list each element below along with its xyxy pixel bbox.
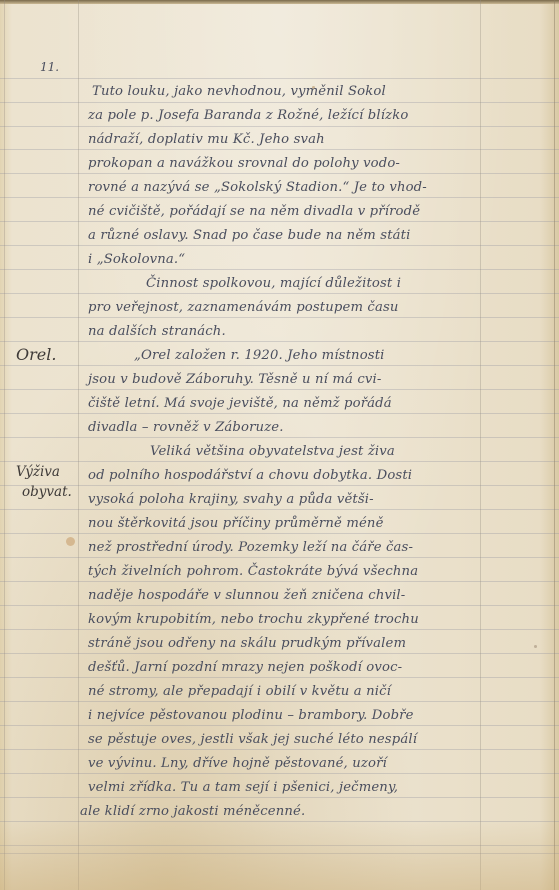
text-line: Veliká většina obyvatelstva jest živa (150, 442, 395, 462)
text-line: prokopan a navážkou srovnal do polohy vo… (88, 154, 400, 174)
text-line: ale klidí zrno jakosti méněcenné. (80, 802, 305, 822)
text-line: pro veřejnost, zaznamenávám postupem čas… (88, 298, 399, 318)
text-line: se pěstuje oves, jestli však jej suché l… (88, 730, 417, 750)
text-line: Tuto louku, jako nevhodnou, vyměnil Soko… (92, 82, 386, 102)
text-line: naděje hospodáře v slunnou žeň zničena c… (88, 586, 405, 606)
right-edge-line (554, 0, 555, 890)
text-line: divadla – rovněž v Záboruze. (88, 418, 284, 438)
text-line: za pole p. Josefa Baranda z Rožné, ležíc… (88, 106, 408, 126)
text-line: tých živelních pohrom. Častokráte bývá v… (88, 562, 418, 582)
text-line: Činnost spolkovou, mající důležitost i (146, 274, 401, 294)
text-line: vysoká poloha krajiny, svahy a půda větš… (88, 490, 374, 510)
text-line: a různé oslavy. Snad po čase bude na něm… (88, 226, 410, 246)
left-margin-line (78, 0, 79, 890)
margin-note-vyziva: Výživa (16, 461, 60, 483)
text-line: „Orel založen r. 1920. Jeho místnosti (134, 346, 385, 366)
text-line: né cvičiště, pořádají se na něm divadla … (88, 202, 420, 222)
text-line: než prostřední úrody. Pozemky leží na čá… (88, 538, 413, 558)
text-line: nádraží, doplativ mu Kč. Jeho svah (88, 130, 325, 150)
text-line: nou štěrkovitá jsou příčiny průměrně mén… (88, 514, 384, 534)
document-page: 11. Orel. Výživa obyvat. Tuto louku, jak… (0, 0, 559, 890)
page-bottom-shade (0, 820, 559, 890)
text-line: od polního hospodářství a chovu dobytka.… (88, 466, 412, 486)
ruled-line (0, 269, 559, 270)
margin-note-obyvat: obyvat. (22, 481, 72, 503)
ruled-line (0, 126, 559, 127)
text-line: kovým krupobitím, nebo trochu zkypřené t… (88, 610, 419, 630)
text-line: stráně jsou odřeny na skálu prudkým přív… (88, 634, 406, 654)
text-line: jsou v budově Záboruhy. Těsně u ní má cv… (88, 370, 381, 390)
text-line: dešťů. Jarní pozdní mrazy nejen poškodí … (88, 658, 402, 678)
stain (534, 645, 537, 648)
left-edge-line (4, 0, 5, 890)
right-margin-line (480, 0, 481, 890)
text-line: rovné a nazývá se „Sokolský Stadion.“ Je… (88, 178, 427, 198)
ruled-line (0, 341, 559, 342)
stain (66, 537, 75, 546)
text-line: čiště letní. Má svoje jeviště, na němž p… (88, 394, 392, 414)
margin-note-orel: Orel. (16, 344, 56, 366)
page-number: 11. (40, 60, 59, 74)
text-line: né stromy, ale přepadají i obilí v květu… (88, 682, 391, 702)
page-top-edge (0, 0, 559, 4)
text-line: i „Sokolovna.“ (88, 250, 185, 270)
ruled-line (0, 102, 559, 103)
ruled-line (0, 78, 559, 79)
text-line: i nejvíce pěstovanou plodinu – brambory.… (88, 706, 414, 726)
text-line: ve vývinu. Lny, dříve hojně pěstované, u… (88, 754, 387, 774)
text-line: na dalších stranách. (88, 322, 226, 342)
text-line: velmi zřídka. Tu a tam sejí i pšenici, j… (88, 778, 398, 798)
